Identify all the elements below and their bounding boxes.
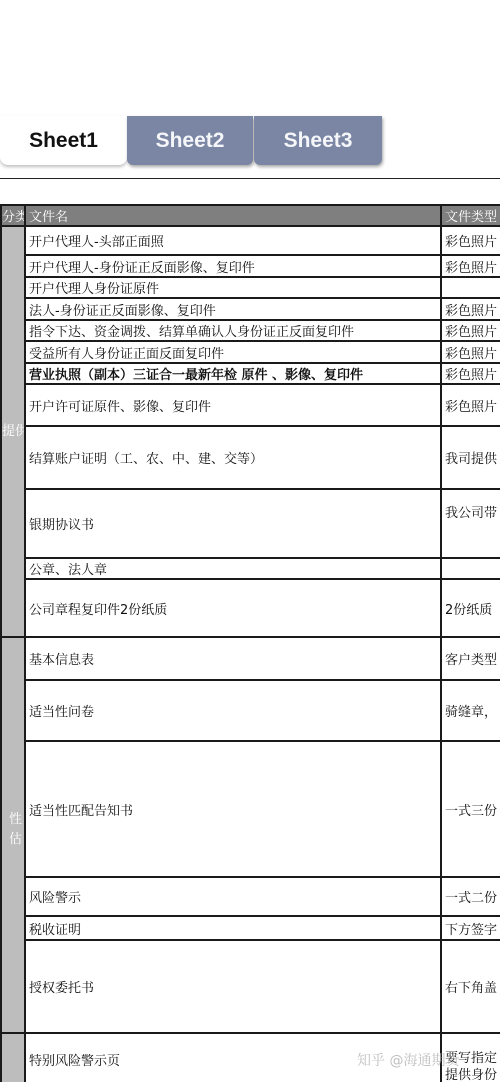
file-type-cell[interactable]: 客户类型 <box>441 637 500 680</box>
table-row: 开户代理人身份证原件 <box>1 277 500 298</box>
file-type-cell[interactable]: 彩色照片 <box>441 384 500 426</box>
file-type-cell[interactable] <box>441 558 500 579</box>
file-name-cell[interactable]: 结算账户证明（工、农、中、建、交等） <box>25 426 441 489</box>
header-file-type[interactable]: 文件类型 <box>441 205 500 226</box>
table-row: 性 估基本信息表客户类型 <box>1 637 500 680</box>
watermark: 知乎 @海通期货 <box>357 1050 459 1070</box>
file-type-cell[interactable]: 下方签字 <box>441 916 500 940</box>
category-cell[interactable] <box>1 1033 25 1082</box>
file-type-cell[interactable]: 彩色照片 <box>441 363 500 384</box>
divider <box>0 178 500 179</box>
file-name-cell[interactable]: 法人-身份证正反面影像、复印件 <box>25 298 441 320</box>
file-name-cell[interactable]: 适当性匹配告知书 <box>25 741 441 877</box>
header-category[interactable]: 分类 <box>1 205 25 226</box>
file-type-cell[interactable]: 彩色照片 <box>441 320 500 341</box>
file-name-cell[interactable]: 开户代理人身份证原件 <box>25 277 441 298</box>
file-name-cell[interactable]: 开户许可证原件、影像、复印件 <box>25 384 441 426</box>
tab-sheet3[interactable]: Sheet3 <box>254 116 382 165</box>
category-cell[interactable]: 提供 <box>1 226 25 637</box>
file-type-cell[interactable]: 2份纸质 <box>441 579 500 637</box>
table-row: 指令下达、资金调拨、结算单确认人身份证正反面复印件彩色照片 <box>1 320 500 341</box>
file-name-cell[interactable]: 指令下达、资金调拨、结算单确认人身份证正反面复印件 <box>25 320 441 341</box>
documents-table: 分类 文件名 文件类型 提供开户代理人-头部正面照彩色照片开户代理人-身份证正反… <box>0 204 500 1082</box>
table-row: 授权委托书右下角盖 <box>1 940 500 1033</box>
table-row: 受益所有人身份证正面反面复印件彩色照片 <box>1 341 500 363</box>
file-name-cell[interactable]: 公章、法人章 <box>25 558 441 579</box>
tab-sheet1[interactable]: Sheet1 <box>0 116 127 165</box>
file-type-cell[interactable]: 一式二份 <box>441 877 500 916</box>
file-type-cell[interactable]: 彩色照片 <box>441 298 500 320</box>
file-name-cell[interactable]: 开户代理人-身份证正反面影像、复印件 <box>25 255 441 277</box>
file-name-cell[interactable]: 公司章程复印件2份纸质 <box>25 579 441 637</box>
file-type-cell[interactable]: 彩色照片 <box>441 255 500 277</box>
tab-sheet2[interactable]: Sheet2 <box>127 116 253 165</box>
table-row: 提供开户代理人-头部正面照彩色照片 <box>1 226 500 255</box>
category-cell[interactable]: 性 估 <box>1 637 25 1033</box>
table-row: 结算账户证明（工、农、中、建、交等）我司提供 <box>1 426 500 489</box>
table-row: 营业执照（副本）三证合一最新年检 原件 、影像、复印件彩色照片 <box>1 363 500 384</box>
table-row: 开户代理人-身份证正反面影像、复印件彩色照片 <box>1 255 500 277</box>
table-row: 银期协议书我公司带 <box>1 489 500 558</box>
header-row: 分类 文件名 文件类型 <box>1 205 500 226</box>
table-row: 公章、法人章 <box>1 558 500 579</box>
file-name-cell[interactable]: 基本信息表 <box>25 637 441 680</box>
spreadsheet: 分类 文件名 文件类型 提供开户代理人-头部正面照彩色照片开户代理人-身份证正反… <box>0 204 500 1082</box>
file-type-cell[interactable]: 右下角盖 <box>441 940 500 1033</box>
file-name-cell[interactable]: 授权委托书 <box>25 940 441 1033</box>
file-type-cell[interactable]: 彩色照片 <box>441 226 500 255</box>
file-name-cell[interactable]: 营业执照（副本）三证合一最新年检 原件 、影像、复印件 <box>25 363 441 384</box>
table-row: 开户许可证原件、影像、复印件彩色照片 <box>1 384 500 426</box>
file-type-cell[interactable]: 彩色照片 <box>441 341 500 363</box>
table-row: 公司章程复印件2份纸质2份纸质 <box>1 579 500 637</box>
file-type-cell[interactable]: 我司提供 <box>441 426 500 489</box>
file-type-cell[interactable]: 骑缝章， <box>441 680 500 741</box>
sheet-tabs: Sheet1 Sheet2 Sheet3 <box>0 116 500 166</box>
file-name-cell[interactable]: 开户代理人-头部正面照 <box>25 226 441 255</box>
header-file-name[interactable]: 文件名 <box>25 205 441 226</box>
file-type-cell[interactable]: 一式三份 <box>441 741 500 877</box>
table-row: 适当性问卷骑缝章， <box>1 680 500 741</box>
file-name-cell[interactable]: 银期协议书 <box>25 489 441 558</box>
table-row: 风险警示一式二份 <box>1 877 500 916</box>
file-name-cell[interactable]: 适当性问卷 <box>25 680 441 741</box>
file-name-cell[interactable]: 受益所有人身份证正面反面复印件 <box>25 341 441 363</box>
file-name-cell[interactable]: 税收证明 <box>25 916 441 940</box>
table-row: 税收证明下方签字 <box>1 916 500 940</box>
file-name-cell[interactable]: 风险警示 <box>25 877 441 916</box>
file-type-cell[interactable] <box>441 277 500 298</box>
file-type-cell[interactable]: 我公司带 <box>441 489 500 558</box>
table-row: 适当性匹配告知书一式三份 <box>1 741 500 877</box>
table-row: 法人-身份证正反面影像、复印件彩色照片 <box>1 298 500 320</box>
